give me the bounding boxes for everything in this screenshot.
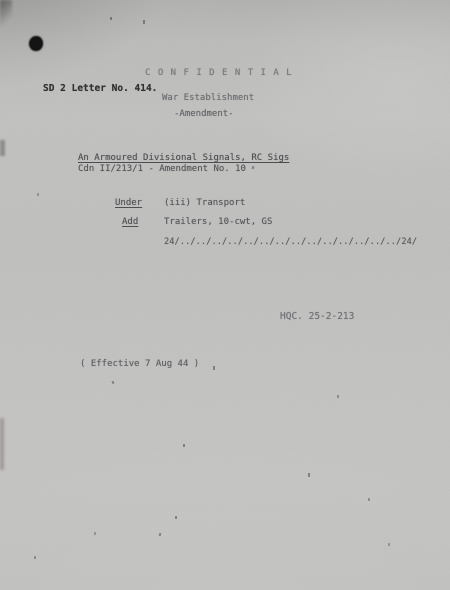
scan-speck bbox=[37, 193, 39, 196]
file-reference: HQC. 25-2-213 bbox=[280, 312, 354, 322]
subject-reference: Cdn II/213/1 - Amendment No. 10 bbox=[78, 164, 246, 174]
scan-speck bbox=[175, 516, 177, 519]
scan-speck bbox=[337, 395, 339, 398]
subject-title: An Armoured Divisional Signals, RC Sigs bbox=[78, 153, 289, 163]
under-label: Under bbox=[115, 198, 142, 208]
scan-speck bbox=[213, 366, 215, 370]
scan-speck bbox=[388, 543, 390, 546]
scan-speck bbox=[308, 473, 310, 477]
scan-speck bbox=[159, 533, 161, 536]
add-item-value: Trailers, 10-cwt, GS bbox=[164, 217, 272, 227]
effective-date-note: ( Effective 7 Aug 44 ) bbox=[80, 359, 199, 369]
scan-speck bbox=[183, 444, 185, 447]
scan-speck bbox=[94, 532, 96, 535]
scan-speck bbox=[143, 20, 145, 24]
document-page: C O N F I D E N T I A L SD 2 Letter No. … bbox=[0, 0, 450, 590]
scan-corner-smudge bbox=[0, 0, 12, 30]
add-label: Add bbox=[122, 217, 138, 227]
scan-speck bbox=[110, 17, 112, 20]
scan-edge-smudge bbox=[0, 140, 5, 156]
scan-speck bbox=[252, 166, 254, 169]
classification-header: C O N F I D E N T I A L bbox=[145, 68, 293, 78]
under-section-value: (iii) Transport bbox=[164, 198, 245, 208]
scan-speck bbox=[111, 381, 114, 384]
scan-speck bbox=[34, 556, 36, 559]
document-type: War Establishment bbox=[162, 93, 254, 103]
scan-edge-smudge bbox=[0, 418, 4, 470]
letter-number: SD 2 Letter No. 414. bbox=[43, 84, 157, 94]
quantity-distribution-line: 24/../../../../../../../../../../../../.… bbox=[164, 237, 417, 247]
document-subtype: -Amendment- bbox=[174, 109, 234, 119]
hole-punch-mark bbox=[29, 36, 43, 51]
scan-speck bbox=[368, 498, 370, 501]
